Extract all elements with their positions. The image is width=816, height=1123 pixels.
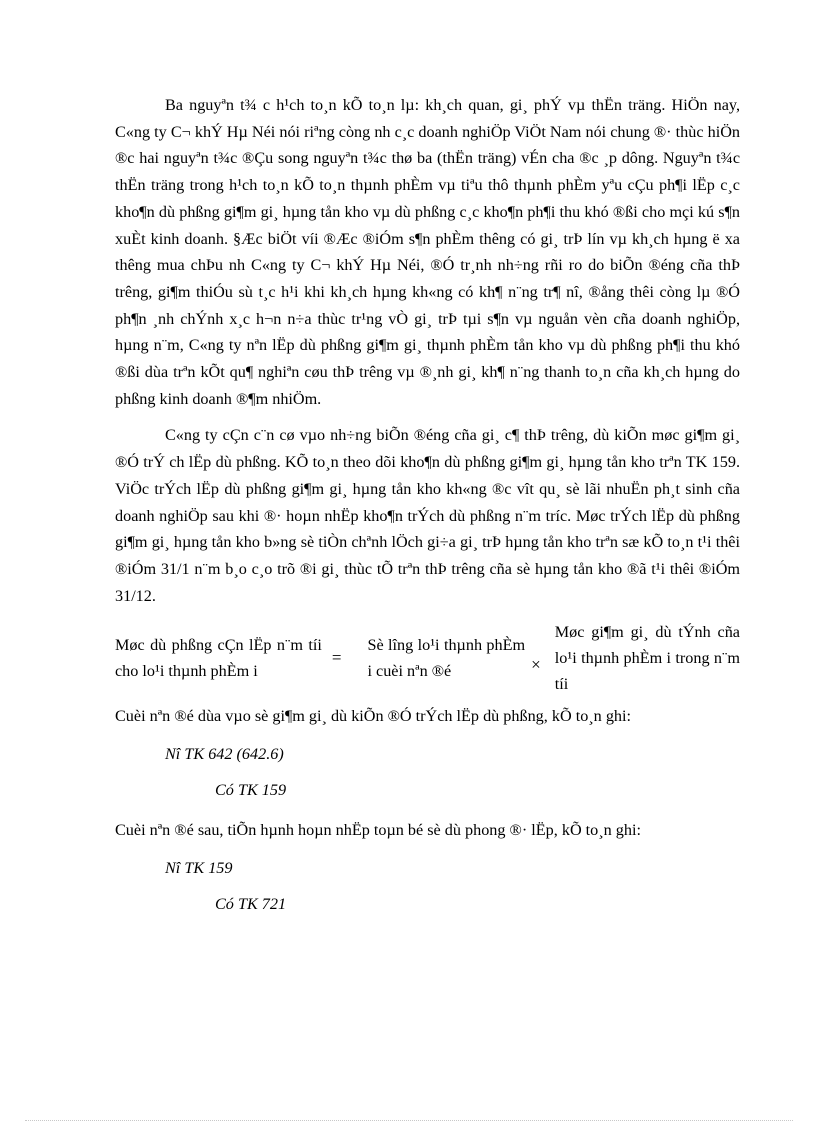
provision-formula: Møc dù phßng cÇn lËp n¨m tíi cho lo¹i th…: [115, 619, 740, 697]
document-page: Ba nguyªn t¾ c h¹ch to¸n kÕ to¸n lµ: kh¸…: [115, 92, 740, 917]
formula-right-term: Møc gi¶m gi¸ dù tÝnh cña lo¹i thµnh phÈm…: [555, 619, 740, 697]
paragraph-provision: C«ng ty cÇn c¨n cø vµo nh÷ng biÕn ®éng c…: [115, 422, 740, 609]
entry-2-intro: Cuèi nªn ®é sau, tiÕn hµnh hoµn nhËp toµ…: [115, 817, 740, 843]
equals-sign: =: [322, 645, 352, 671]
entry-1-intro: Cuèi nªn ®é dùa vµo sè gi¶m gi¸ dù kiÕn …: [115, 703, 740, 729]
entry-1-credit: Có TK 159: [215, 777, 740, 803]
formula-left-term: Møc dù phßng cÇn lËp n¨m tíi cho lo¹i th…: [115, 632, 322, 684]
multiply-sign: ×: [525, 638, 547, 678]
entry-1-debit: Nî TK 642 (642.6): [165, 741, 740, 767]
entry-2-credit: Có TK 721: [215, 891, 740, 917]
formula-middle-term: Sè lîng lo¹i thµnh phÈm i cuèi nªn ®é: [367, 632, 525, 684]
page-bottom-border: [25, 1120, 793, 1121]
entry-2-debit: Nî TK 159: [165, 855, 740, 881]
paragraph-principles: Ba nguyªn t¾ c h¹ch to¸n kÕ to¸n lµ: kh¸…: [115, 92, 740, 412]
